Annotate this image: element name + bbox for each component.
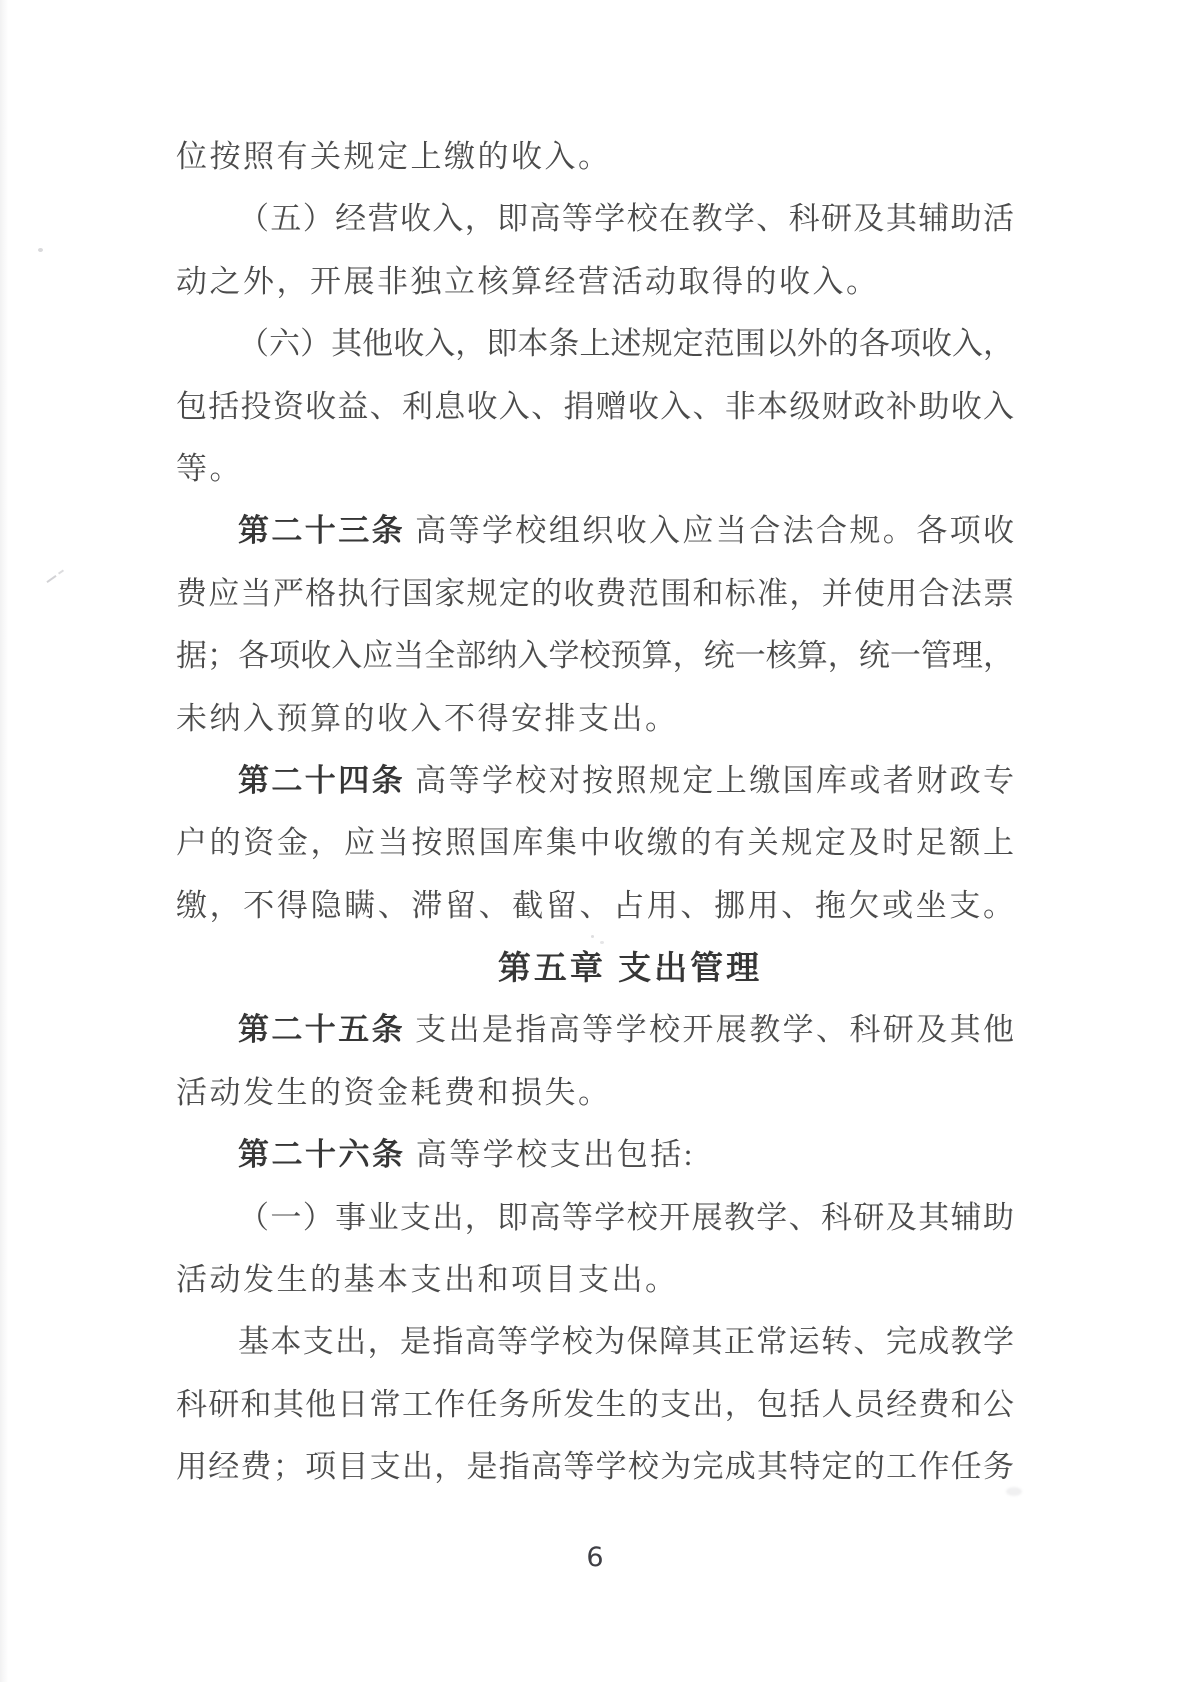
- text-segment: 户的资金，应当按照国库集中收缴的有关规定及时足额上: [176, 825, 1014, 860]
- text-segment: 活动发生的基本支出和项目支出。: [176, 1262, 679, 1297]
- text-line: 费应当严格执行国家规定的收费范围和标准，并使用合法票: [176, 563, 1014, 625]
- scan-artifact: [38, 248, 43, 252]
- text-line: 第二十六条 高等学校支出包括:: [176, 1124, 1014, 1186]
- text-line: 用经费；项目支出，是指高等学校为完成其特定的工作任务: [176, 1436, 1014, 1498]
- article-number: 第二十三条: [238, 513, 405, 548]
- text-line: 基本支出，是指高等学校为保障其正常运转、完成教学: [176, 1311, 1014, 1373]
- text-line: 第二十五条 支出是指高等学校开展教学、科研及其他: [176, 999, 1014, 1061]
- text-segment: 动之外，开展非独立核算经营活动取得的收入。: [176, 264, 880, 299]
- text-line: （六）其他收入，即本条上述规定范围以外的各项收入，: [176, 313, 1014, 375]
- text-segment: 第五章 支出管理: [498, 949, 762, 986]
- text-line: 户的资金，应当按照国库集中收缴的有关规定及时足额上: [176, 812, 1014, 874]
- text-segment: 高等学校对按照规定上缴国库或者财政专: [405, 763, 1014, 798]
- chapter-heading: 第五章 支出管理: [176, 937, 1014, 999]
- page-number: 6: [0, 1542, 1190, 1573]
- text-line: 缴，不得隐瞒、滞留、截留、占用、挪用、拖欠或坐支。: [176, 875, 1014, 937]
- text-segment: 用经费；项目支出，是指高等学校为完成其特定的工作任务: [176, 1449, 1014, 1484]
- scan-artifact: [46, 575, 56, 583]
- text-segment: 缴，不得隐瞒、滞留、截留、占用、挪用、拖欠或坐支。: [176, 888, 1014, 923]
- text-segment: 位按照有关规定上缴的收入。: [176, 139, 612, 174]
- text-segment: 据；各项收入应当全部纳入学校预算，统一核算，统一管理，: [176, 638, 1014, 673]
- text-line: （一）事业支出，即高等学校开展教学、科研及其辅助: [176, 1187, 1014, 1249]
- text-segment: （五）经营收入，即高等学校在教学、科研及其辅助活: [238, 201, 1014, 236]
- article-number: 第二十六条: [238, 1137, 406, 1172]
- text-segment: 支出是指高等学校开展教学、科研及其他: [405, 1012, 1014, 1047]
- text-line: 据；各项收入应当全部纳入学校预算，统一核算，统一管理，: [176, 625, 1014, 687]
- article-number: 第二十四条: [238, 763, 405, 798]
- text-segment: 包括投资收益、利息收入、捐赠收入、非本级财政补助收入: [176, 389, 1014, 424]
- text-line: 等。: [176, 438, 1014, 500]
- text-line: 科研和其他日常工作任务所发生的支出，包括人员经费和公: [176, 1374, 1014, 1436]
- text-segment: 高等学校组织收入应当合法合规。各项收: [405, 513, 1014, 548]
- text-segment: 等。: [176, 451, 243, 486]
- text-line: 第二十四条 高等学校对按照规定上缴国库或者财政专: [176, 750, 1014, 812]
- text-line: 未纳入预算的收入不得安排支出。: [176, 688, 1014, 750]
- article-number: 第二十五条: [238, 1012, 405, 1047]
- text-line: （五）经营收入，即高等学校在教学、科研及其辅助活: [176, 188, 1014, 250]
- text-segment: （一）事业支出，即高等学校开展教学、科研及其辅助: [238, 1200, 1014, 1235]
- text-segment: 活动发生的资金耗费和损失。: [176, 1075, 612, 1110]
- text-segment: 基本支出，是指高等学校为保障其正常运转、完成教学: [238, 1324, 1014, 1359]
- text-line: 第二十三条 高等学校组织收入应当合法合规。各项收: [176, 500, 1014, 562]
- text-segment: 未纳入预算的收入不得安排支出。: [176, 701, 679, 736]
- text-segment: 科研和其他日常工作任务所发生的支出，包括人员经费和公: [176, 1387, 1014, 1422]
- text-segment: （六）其他收入，即本条上述规定范围以外的各项收入，: [238, 326, 1014, 361]
- document-page: 位按照有关规定上缴的收入。（五）经营收入，即高等学校在教学、科研及其辅助活动之外…: [0, 0, 1190, 1682]
- text-segment: 费应当严格执行国家规定的收费范围和标准，并使用合法票: [176, 576, 1014, 611]
- document-lines: 位按照有关规定上缴的收入。（五）经营收入，即高等学校在教学、科研及其辅助活动之外…: [176, 126, 1014, 1499]
- text-segment: 高等学校支出包括:: [406, 1137, 695, 1172]
- scan-artifact: [58, 569, 64, 574]
- text-line: 位按照有关规定上缴的收入。: [176, 126, 1014, 188]
- text-line: 活动发生的基本支出和项目支出。: [176, 1249, 1014, 1311]
- text-line: 动之外，开展非独立核算经营活动取得的收入。: [176, 251, 1014, 313]
- text-line: 活动发生的资金耗费和损失。: [176, 1062, 1014, 1124]
- text-line: 包括投资收益、利息收入、捐赠收入、非本级财政补助收入: [176, 376, 1014, 438]
- scan-edge-shadow: [0, 0, 8, 1682]
